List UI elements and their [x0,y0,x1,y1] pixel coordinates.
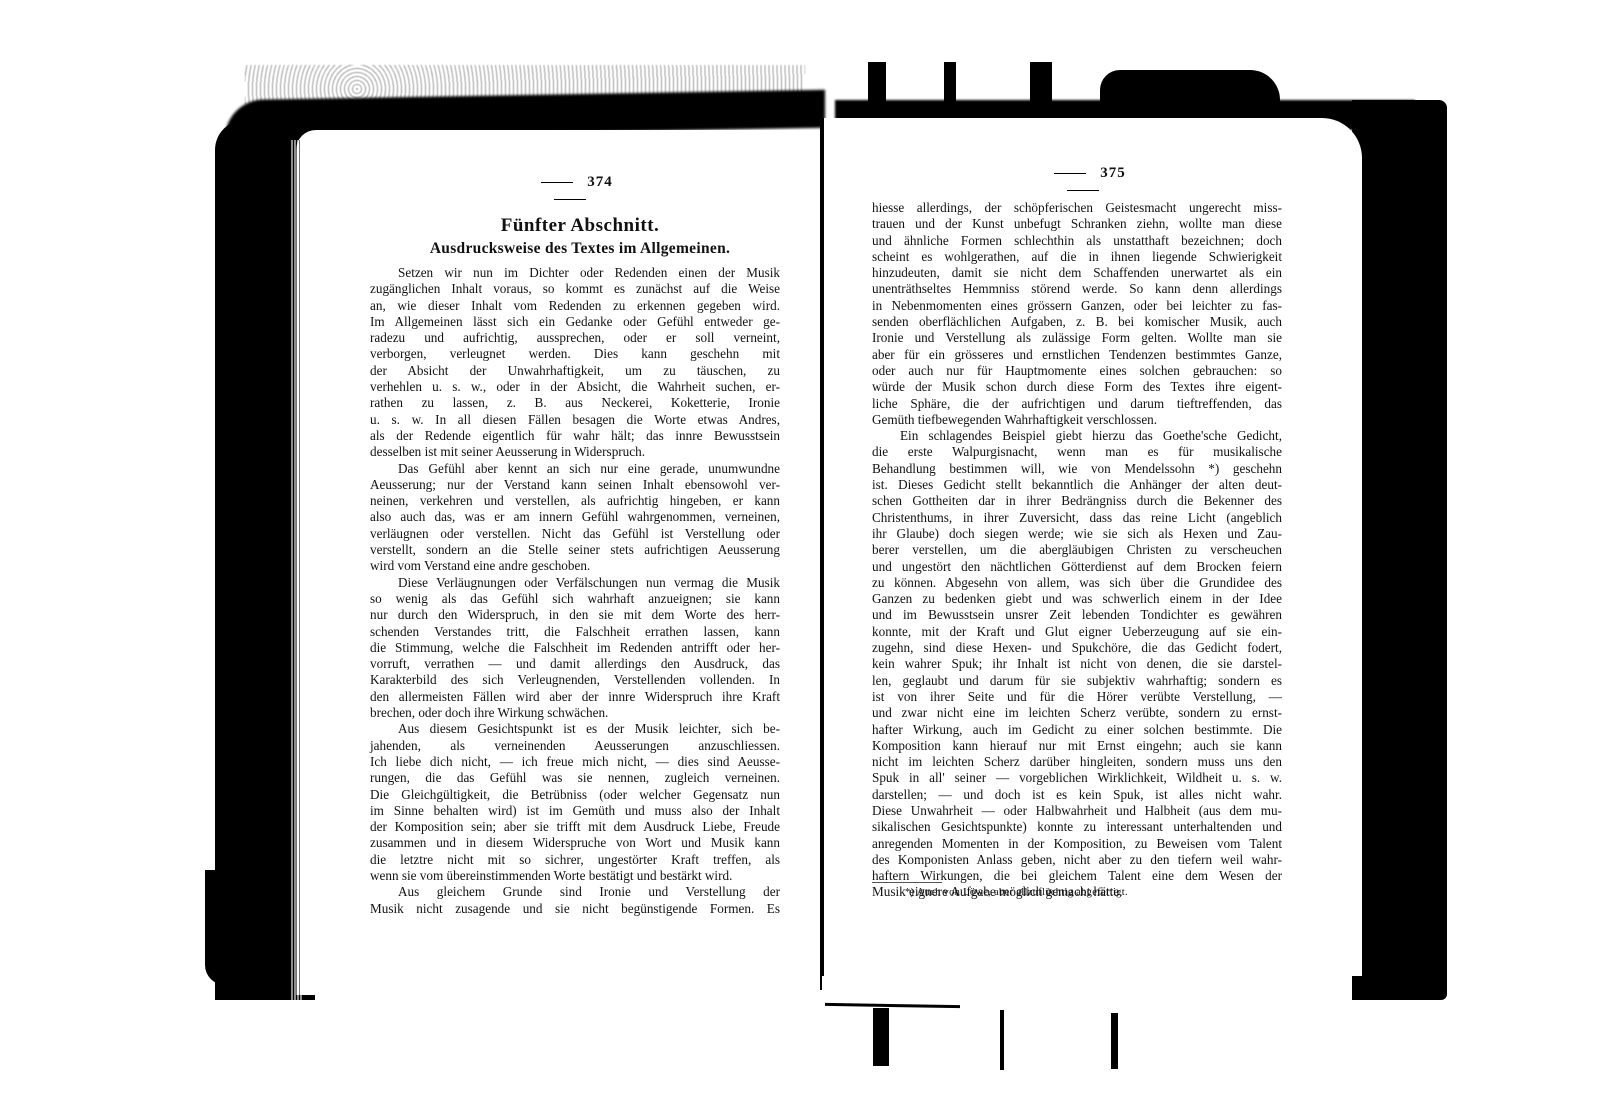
text-line: wenn sie vom übereinstimmenden Worte bes… [370,868,780,884]
text-line: senden oberflächlichen Aufgaben, z. B. b… [872,314,1282,330]
text-line: ist. Dieses Gedicht stellt bekanntlich d… [872,477,1282,493]
text-line: Gemüth tiefbewegenden Wahrhaftigkeit ver… [872,412,1282,428]
text-line: desselben ist mit seiner Aeusserung in W… [370,444,780,460]
text-line: der Absicht der Unwahrhaftigkeit, um zu … [370,363,780,379]
book-cover-right [1352,100,1447,1000]
book-cover-left-bottom [205,870,265,985]
text-line: und im Bewusstsein unsrer Zeit lebenden … [872,607,1282,623]
right-page-body-text: hiesse allerdings, der schöpferischen Ge… [872,200,1282,901]
book-edge-tab [873,1008,889,1066]
text-line: len, geglaubt und darum für sie subjekti… [872,673,1282,689]
text-line: und ungestört den nächtlichen Götterdien… [872,559,1282,575]
page-stack-edges [290,140,302,1000]
text-line: vorruft, verrathen — und damit allerding… [370,656,780,672]
text-line: darstellen; — und doch ist es kein Spuk,… [872,787,1282,803]
text-line: konnte, mit der Kraft und Glut eigner Ue… [872,624,1282,640]
text-line: trauen und der Kunst unbefugt Schranken … [872,216,1282,232]
text-line: der Komposition sein; aber sie trifft mi… [370,819,780,835]
text-line: Karakterbild des sich Verleugnenden, Ver… [370,672,780,688]
page-number-right: 375 [1013,165,1153,199]
text-line: verhehlen u. s. w., oder in der Absicht,… [370,379,780,395]
text-line: den allermeisten Fällen wird aber der in… [370,689,780,705]
text-line: rungen, die das Gefühl was sie nennen, z… [370,770,780,786]
text-line: brechen, oder doch ihre Wirkung schwäche… [370,705,780,721]
text-line: und ähnliche Formen schlechthin als unst… [872,233,1282,249]
text-line: in Nebenmomenten eines grössern Ganzen, … [872,298,1282,314]
text-line: oder auch nur für Hauptmomente eines sol… [872,363,1282,379]
text-line: würde der Musik schon durch diese Form d… [872,379,1282,395]
text-line: nur durch den Widerspruch, in den sie mi… [370,607,780,623]
text-line: sikalischen Gesichtspunkte) konnte zu in… [872,819,1282,835]
text-line: verborgen, verleugnet werden. Dies kann … [370,346,780,362]
section-title: Ausdrucksweise des Textes im Allgemeinen… [360,240,800,258]
text-line: an, wie dieser Inhalt vom Redenden zu er… [370,298,780,314]
text-line: nicht im leichten Scherz darüber hinglei… [872,754,1282,770]
page-number-left: 374 [500,174,640,208]
text-line: Ein schlagendes Beispiel giebt hierzu da… [872,428,1282,444]
text-line: jahenden, als verneinenden Aeusserungen … [370,738,780,754]
text-line: Aeusserung; nur der Verstand kann seinen… [370,477,780,493]
text-line: Musik nicht zusagende und sie nicht begü… [370,901,780,917]
text-line: des Komponisten Anlass geben, nicht aber… [872,852,1282,868]
chapter-title: Fünfter Abschnitt. [360,215,800,237]
text-line: zusammen und in diesem Widerspruche von … [370,835,780,851]
text-line: zugehn, sind diese Hexen- und Spukchöre,… [872,640,1282,656]
text-line: liche Sphäre, die der aufrichtigen und d… [872,396,1282,412]
text-line: anregenden Momenten in der Komposition, … [872,836,1282,852]
scanned-book-spread [0,0,1600,1098]
text-line: schen Gottheiten dar in ihrer Bedrängnis… [872,493,1282,509]
text-line: Ganzen zu bedenken giebt und was schwerl… [872,591,1282,607]
text-line: Komposition kann hierauf nur mit Ernst e… [872,738,1282,754]
text-line: ihr Glaube) doch siegen werde; wie sie s… [872,526,1282,542]
text-line: Ich liebe dich nicht, — ich freue mich n… [370,754,780,770]
text-line: ist von ihrer Seite und für die Hörer ve… [872,689,1282,705]
book-edge-tab [1111,1013,1118,1069]
book-edge-bottom [825,1003,960,1008]
text-line: radezu und aufrichtig, aussprechen, oder… [370,330,780,346]
text-line: die letztre nicht mit so sichrer, ungest… [370,852,780,868]
footnote-rule [872,882,942,883]
text-line: Ironie und Verstellung als zulässige For… [872,330,1282,346]
text-line: so wenig als das Gefühl sich wahrhaft an… [370,591,780,607]
text-line: als der Redende eigentlich für wahr hält… [370,428,780,444]
left-page-body-text: Setzen wir nun im Dichter oder Redenden … [370,265,780,917]
text-line: Diese Verläugnungen oder Verfälschungen … [370,575,780,591]
text-line: rathen zu lassen, z. B. aus Neckerei, Ko… [370,395,780,411]
footnote: *) Auch von Löwe, aber allzuflüchtig abg… [905,887,1128,898]
text-line: zugänglichen Inhalt voraus, so kommt es … [370,281,780,297]
text-line: und zwar nicht eine im leichten Scherz v… [872,705,1282,721]
text-line: also auch das, was er am innern Gefühl w… [370,509,780,525]
text-line: verstellt, sondern an die Stelle seiner … [370,542,780,558]
text-line: hinzudeuten, damit sie nicht dem Schaffe… [872,265,1282,281]
text-line: aber für ein grösseres und ernstlichen T… [872,347,1282,363]
text-line: Aus diesem Gesichtspunkt ist es der Musi… [370,721,780,737]
text-line: berer verstellen, um die abergläubigen C… [872,542,1282,558]
text-line: Behandlung bestimmen will, wie von Mende… [872,461,1282,477]
text-line: Setzen wir nun im Dichter oder Redenden … [370,265,780,281]
text-line: Diese Unwahrheit — oder Halbwahrheit und… [872,803,1282,819]
text-line: zu können. Abgesehn von allem, was sich … [872,575,1282,591]
text-line: Das Gefühl aber kennt an sich nur eine g… [370,461,780,477]
text-line: verläugnen oder verstellen. Nicht das Ge… [370,526,780,542]
text-line: neinen, verkehren und verstellen, als au… [370,493,780,509]
text-line: Spuk in all' seiner — vorgeblichen Wirkl… [872,770,1282,786]
text-line: hiesse allerdings, der schöpferischen Ge… [872,200,1282,216]
text-line: Die Gleichgültigkeit, die Betrübniss (od… [370,787,780,803]
text-line: die Stimmung, welche die Falschheit im R… [370,640,780,656]
text-line: schenden Verstandes tritt, die Falschhei… [370,624,780,640]
text-line: scheint es wohlgerathen, auf die in ihne… [872,249,1282,265]
text-line: unenträthseltes Hemmniss störend werde. … [872,281,1282,297]
text-line: hafter Wirkung, auch im Gedicht zu einer… [872,722,1282,738]
text-line: wird vom Verstand eine andre geschoben. [370,558,780,574]
book-edge-tab [1000,1010,1004,1070]
text-line: Aus gleichem Grunde sind Ironie und Vers… [370,884,780,900]
text-line: u. s. w. In all diesen Fällen besagen di… [370,412,780,428]
text-line: kein wahrer Spuk; ihr Inhalt ist nicht v… [872,656,1282,672]
text-line: Christenthums, in ihrer Zuversicht, dass… [872,510,1282,526]
book-spine [820,110,822,990]
text-line: Im Allgemeinen lässt sich ein Gedanke od… [370,314,780,330]
text-line: die erste Walpurgisnacht, wenn man es fü… [872,444,1282,460]
text-line: im Sinne behalten wird) ist im Gemüth un… [370,803,780,819]
